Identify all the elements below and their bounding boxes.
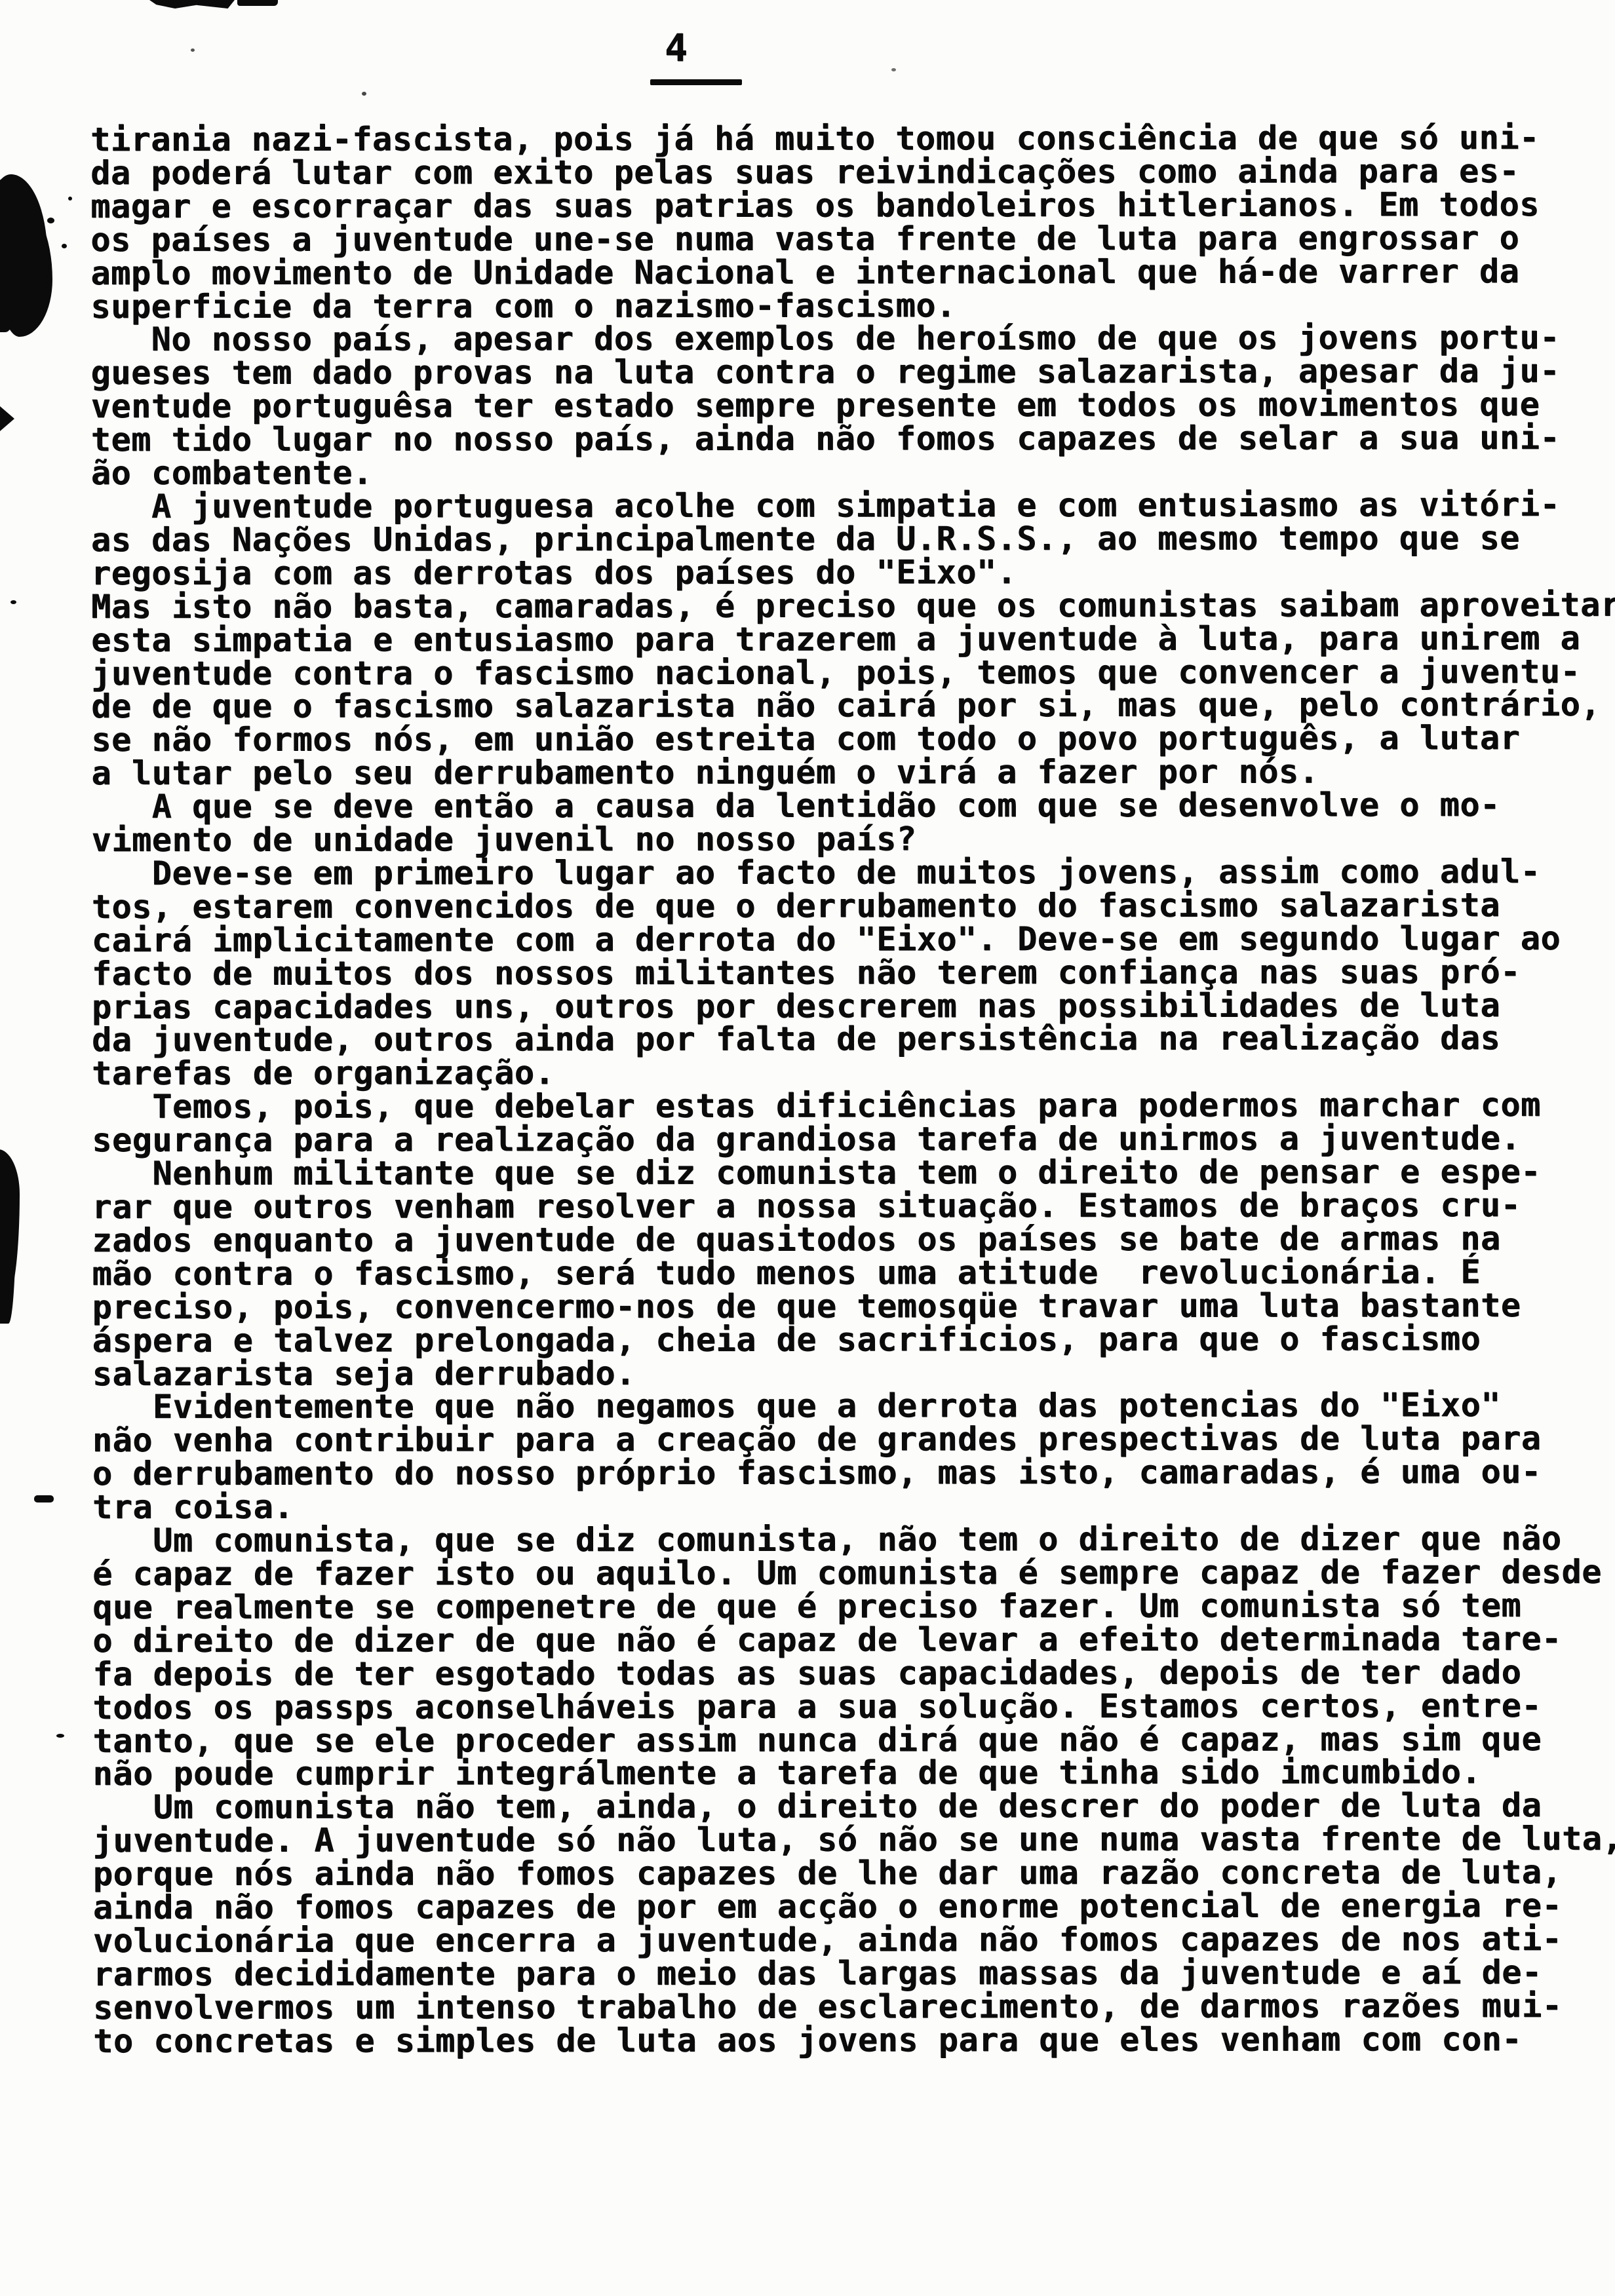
ink-speck [41, 278, 47, 283]
ink-speck [68, 197, 72, 201]
ink-speck [47, 218, 54, 223]
ink-speck [56, 1734, 64, 1738]
ink-blob [0, 303, 13, 332]
ink-speck [191, 48, 195, 52]
ink-speck [362, 92, 366, 96]
scan-artifact-top-smudge [149, 0, 235, 9]
ink-speck [891, 68, 896, 71]
document-text: tirania nazi-fascista, pois já há muito … [90, 121, 1615, 2089]
scan-artifact-top-smudge [237, 0, 278, 6]
ink-speck [34, 1495, 54, 1502]
ink-blob [0, 1149, 20, 1301]
ink-speck [62, 244, 67, 248]
page-number-underline [650, 79, 742, 85]
ink-blob [0, 178, 49, 324]
page-number: 4 [665, 29, 688, 67]
scanned-page: 4 tirania nazi-fascista, pois já há muit… [0, 0, 1615, 2296]
ink-speck [10, 600, 16, 604]
ink-blob [0, 406, 14, 431]
